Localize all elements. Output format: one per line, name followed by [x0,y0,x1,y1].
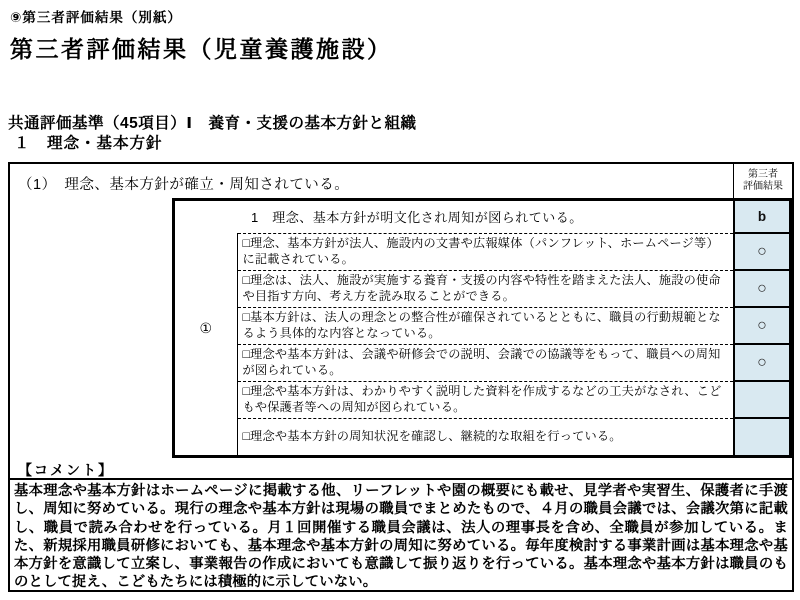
checklist-row: □理念や基本方針は、会議や研修会での説明、会議での協議等をもって、職員への周知が… [175,344,789,381]
main-item-text: 1 理念、基本方針が明文化され周知が図られている。 [237,201,734,233]
evaluation-item-title: （1） 理念、基本方針が確立・周知されている。 [10,164,733,198]
checklist-row: □理念や基本方針は、わかりやすく説明した資料を作成するなどの工夫がなされ、こども… [175,381,789,418]
checklist-row: □基本方針は、法人の理念との整合性が確保されているとともに、職員の行動規範となる… [175,307,789,344]
checklist-table-grid: ① 1 理念、基本方針が明文化され周知が図られている。 b □理念、基本方針が法… [175,201,789,455]
checklist-item-text: □基本方針は、法人の理念との整合性が確保されているとともに、職員の行動規範となる… [237,307,734,344]
evaluation-item-header: （1） 理念、基本方針が確立・周知されている。 第三者 評価結果 [10,164,792,198]
checklist-row: □理念は、法人、施設が実施する養育・支援の内容や特性を踏まえた法人、施設の使命や… [175,270,789,307]
section-heading: 共通評価基準（45項目）Ⅰ 養育・支援の基本方針と組織 [8,111,417,133]
checklist-item-result: ○ [734,307,789,344]
checklist-item-result [734,418,789,455]
result-column-header: 第三者 評価結果 [733,164,792,198]
checklist-item-text: □理念は、法人、施設が実施する養育・支援の内容や特性を踏まえた法人、施設の使命や… [237,270,734,307]
checklist-item-result: ○ [734,344,789,381]
checklist-item-result [734,381,789,418]
checklist-item-text: □理念や基本方針は、わかりやすく説明した資料を作成するなどの工夫がなされ、こども… [237,381,734,418]
comment-label: 【コメント】 [18,460,114,480]
group-number-cell: ① [175,201,237,455]
checklist-item-result: ○ [734,233,789,270]
comment-text: 基本理念や基本方針はホームページに掲載する他、リーフレットや園の概要にも載せ、見… [10,480,792,592]
group-number: ① [199,320,212,336]
checklist-row: □理念、基本方針が法人、施設内の文書や広報媒体（パンフレット、ホームページ等）に… [175,233,789,270]
page-title: 第三者評価結果（児童養護施設） [10,31,393,64]
checklist-item-text: □理念や基本方針の周知状況を確認し、継続的な取組を行っている。 [237,418,734,455]
checklist-table: ① 1 理念、基本方針が明文化され周知が図られている。 b □理念、基本方針が法… [172,198,792,458]
document-page: ⑨第三者評価結果（別紙） 第三者評価結果（児童養護施設） 共通評価基準（45項目… [0,0,800,600]
comment-box: 基本理念や基本方針はホームページに掲載する他、リーフレットや園の概要にも載せ、見… [8,478,794,592]
subsection-heading: １ 理念・基本方針 [14,131,163,153]
result-column-header-line1: 第三者 [734,169,792,181]
evaluation-item-box: （1） 理念、基本方針が確立・周知されている。 第三者 評価結果 ① 1 理念、… [8,162,794,478]
result-column-header-line2: 評価結果 [734,181,792,193]
checklist-item-text: □理念や基本方針は、会議や研修会での説明、会議での協議等をもって、職員への周知が… [237,344,734,381]
checklist-item-text: □理念、基本方針が法人、施設内の文書や広報媒体（パンフレット、ホームページ等）に… [237,233,734,270]
doc-tag: ⑨第三者評価結果（別紙） [10,6,182,26]
checklist-item-result: ○ [734,270,789,307]
main-item-row: ① 1 理念、基本方針が明文化され周知が図られている。 b [175,201,789,233]
checklist-row: □理念や基本方針の周知状況を確認し、継続的な取組を行っている。 [175,418,789,455]
main-item-result: b [734,201,789,233]
